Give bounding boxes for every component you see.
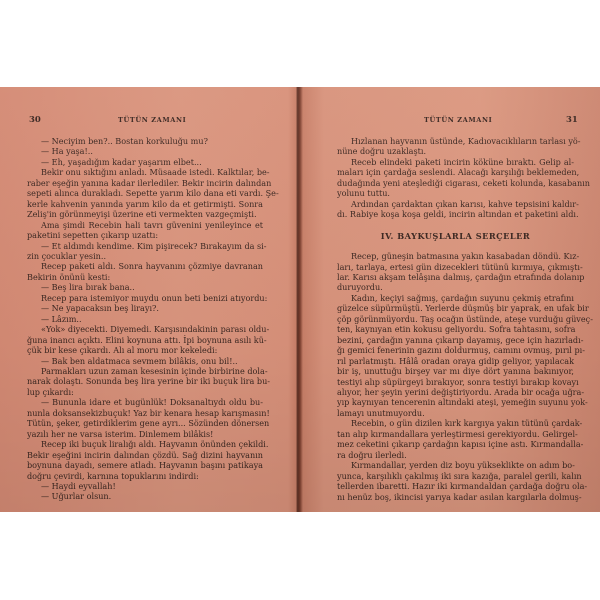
text-line: Zeliş'in görünmeyişi üzerine eti vermekt… — [27, 209, 263, 219]
text-line: — Uğurlar olsun. — [27, 491, 263, 501]
text-line: dudağında yeni ateşlediği cigarası, ceke… — [337, 178, 574, 188]
text-line: yunca, karşılıklı çakılmış iki sıra kazı… — [337, 471, 574, 481]
text-line: Recep, güneşin batmasına yakın kasabadan… — [337, 251, 574, 261]
text-line: zin çocuklar yesin.. — [27, 251, 263, 261]
text-line: ğuna inancı açıktı. Elini koynuna attı. … — [27, 335, 263, 345]
right-page-body: Hızlanan hayvanın üstünde, Kadıovacıklıl… — [337, 136, 574, 502]
text-line: yazılı her ne varsa isterim. Dinlemem bi… — [27, 429, 263, 439]
text-line: Recep para istemiyor muydu onun beti ben… — [27, 293, 263, 303]
text-line: boynuna dayadı, semere atladı. Hayvanın … — [27, 460, 263, 470]
text-line: tan alıp kırmandallara yerleştirmesi ger… — [337, 429, 574, 439]
text-line: çük bir kese çıkardı. Alı al moru mor ke… — [27, 345, 263, 355]
text-line: paketini sepetten çıkarıp uzattı: — [27, 230, 263, 240]
text-line: ten, kaynıyan etin kokusu geliyordu. Sof… — [337, 324, 574, 334]
text-line: — Beş lira bırak bana.. — [27, 282, 263, 292]
text-line: lar. Karısı akşam telâşına dalmış, çarda… — [337, 272, 574, 282]
text-line: güzelce süpürmüştü. Yerlerde düşmüş bir … — [337, 303, 574, 313]
text-line: Receb elindeki paketi incirin köküne bır… — [337, 157, 574, 167]
text-line: Recep iki buçuk liralığı aldı. Hayvanın … — [27, 439, 263, 449]
text-line: — Ha yaşa!.. — [27, 146, 263, 156]
text-line: Recebin, o gün dizilen kırk kargıya yakı… — [337, 418, 574, 428]
text-line: testiyi alıp süpürgeyi bırakıyor, sonra … — [337, 377, 574, 387]
text-line: Ama şimdi Recebin hali tavrı güvenini ye… — [27, 220, 263, 230]
text-line: nunla doksansekizbuçuk! Yaz bir kenara h… — [27, 408, 263, 418]
text-line: — Eh, yaşadığım kadar yaşarım elbet... — [27, 157, 263, 167]
text-line: yıp kaynıyan tencerenin altındaki ateşi,… — [337, 397, 574, 407]
left-page: 30 TÜTÜN ZAMANI — Neciyim ben?.. Bostan … — [0, 87, 297, 512]
text-line: «Yok» diyecekti. Diyemedi. Karşısındakin… — [27, 324, 263, 334]
text-line: nı henüz boş, ikincisi yarıya kadar asıl… — [337, 492, 574, 502]
text-line: Recep paketi aldı. Sonra hayvanını çözmi… — [27, 261, 263, 271]
text-after-chapter: Recep, güneşin batmasına yakın kasabadan… — [337, 251, 574, 502]
text-line: ları, tarlaya, ertesi gün dizecekleri tü… — [337, 262, 574, 272]
text-line: rıl parlatmıştı. Hâlâ oradan oraya gidip… — [337, 356, 574, 366]
text-line: — Neciyim ben?.. Bostan korkuluğu mu? — [27, 136, 263, 146]
running-title-right: TÜTÜN ZAMANI — [424, 116, 492, 124]
text-line: narak dolaştı. Sonunda beş lira yerine b… — [27, 376, 263, 386]
text-line: nüne doğru uzaklaştı. — [337, 146, 574, 156]
text-line: ğı gemici fenerinin gazını doldurmuş, ca… — [337, 345, 574, 355]
text-line: — Bununla idare et bugünlük! Doksanaltıy… — [27, 397, 263, 407]
text-line: kerle kahvenin yanında yarım kilo da et … — [27, 199, 263, 209]
text-before-chapter: Hızlanan hayvanın üstünde, Kadıovacıklıl… — [337, 136, 574, 220]
left-page-body: — Neciyim ben?.. Bostan korkuluğu mu?— H… — [27, 136, 263, 502]
text-line: mez ceketini çıkarıp çardağın kapısı içi… — [337, 439, 574, 449]
text-line: Bekirin önünü kesti: — [27, 272, 263, 282]
text-line: Hızlanan hayvanın üstünde, Kadıovacıklıl… — [337, 136, 574, 146]
text-line: doğru çevirdi, karnına topuklarını indir… — [27, 471, 263, 481]
text-line: Ardından çardaktan çıkan karısı, kahve t… — [337, 199, 574, 209]
text-line: dı. Rabiye koşa koşa geldi, incirin altı… — [337, 209, 574, 219]
text-line: ra doğru ilerledi. — [337, 450, 574, 460]
text-line: alıyor, her şeyin yerini değiştiriyordu.… — [337, 387, 574, 397]
text-line: Tütün, şeker, getirdiklerim gene ayrı...… — [27, 418, 263, 428]
text-line: sepeti alınca durakladı. Sepette yarım k… — [27, 188, 263, 198]
text-line: Kadın, keçiyi sağmış, çardağın suyunu çe… — [337, 293, 574, 303]
text-line: — Ne yapacaksın beş lirayı?. — [27, 303, 263, 313]
text-line: maları için çardağa seslendi. Alacağı ka… — [337, 167, 574, 177]
text-line: lup çıkardı: — [27, 387, 263, 397]
text-line: Bekir onu sıktığını anladı. Müsaade iste… — [27, 167, 263, 177]
text-line: — Haydi eyvallah! — [27, 481, 263, 491]
text-line: Kırmandallar, yerden diz boyu yükseklikt… — [337, 460, 574, 470]
text-line: raber eşeğin yanına kadar ilerlediler. B… — [27, 178, 263, 188]
text-line: Bekir eşeğini incirin dalından çözdü. Sa… — [27, 450, 263, 460]
text-line: — Et aldımdı kendime. Kim pişirecek? Bır… — [27, 241, 263, 251]
text-line: bezini, çardağın yanına çıkarıp dayamış,… — [337, 335, 574, 345]
text-line: yolunu tuttu. — [337, 188, 574, 198]
text-line: duruyordu. — [337, 282, 574, 292]
text-line: tellerden ibaretti. Hazır iki kırmandald… — [337, 481, 574, 491]
book-spread: 30 TÜTÜN ZAMANI — Neciyim ben?.. Bostan … — [0, 87, 600, 512]
text-line: — Bak ben aldatmaca sevmem bilâkis, onu … — [27, 356, 263, 366]
page-number-right: 31 — [566, 115, 578, 125]
text-line: Parmakları uzun zaman kesesinin içinde b… — [27, 366, 263, 376]
text-line: — Lâzım.. — [27, 314, 263, 324]
chapter-title: IV. BAYKUŞLARLA SERÇELER — [337, 231, 574, 241]
text-line: çöp görünmüyordu. Taş ocağın üstünde, at… — [337, 314, 574, 324]
text-line: bir iş, unuttuğu birşey var mı diye dört… — [337, 366, 574, 376]
running-title-left: TÜTÜN ZAMANI — [118, 116, 186, 124]
page-number-left: 30 — [29, 115, 41, 125]
text-line: lamayı unutmuyordu. — [337, 408, 574, 418]
right-page: TÜTÜN ZAMANI 31 Hızlanan hayvanın üstünd… — [302, 87, 600, 512]
